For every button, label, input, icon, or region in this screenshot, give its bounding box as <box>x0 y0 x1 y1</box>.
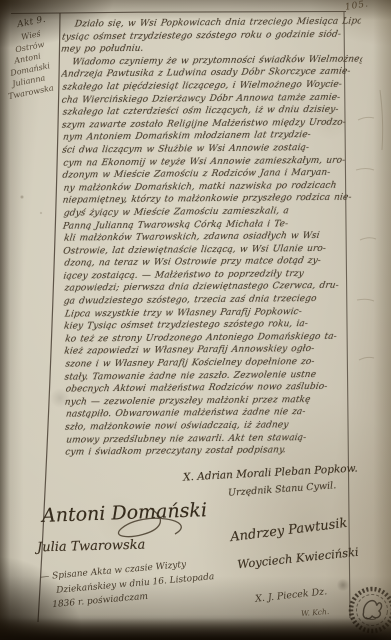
book-edge-shadow <box>0 618 391 640</box>
page-corner-shadow-top-right <box>301 0 391 50</box>
binding-shadow-top-left <box>0 0 130 55</box>
register-page-scan: 105. Akt 9. WieśOstrówAntoniDomańskiJuli… <box>0 0 391 640</box>
manuscript-body: Działo się, w Wsi Popkowicach dnia trzec… <box>61 15 366 459</box>
